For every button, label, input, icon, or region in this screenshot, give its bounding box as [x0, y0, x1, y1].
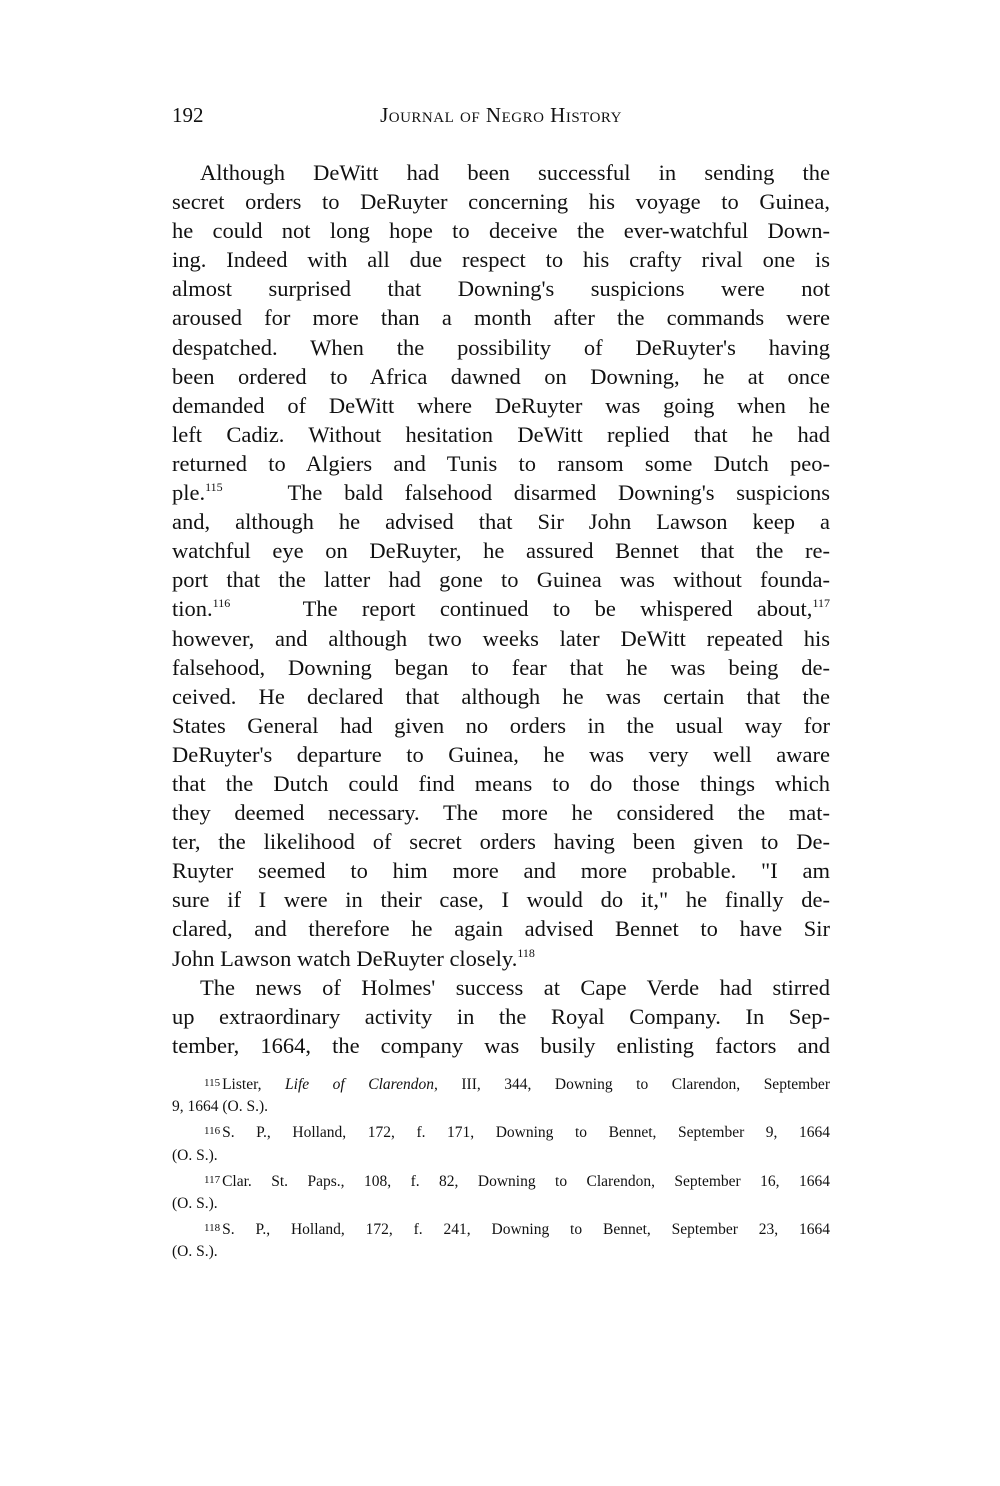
footnote-117-line-1: 117Clar. St. Paps., 108, f. 82, Downing …	[172, 1168, 830, 1192]
footnote-number: 115	[204, 1077, 220, 1089]
text-line: been ordered to Africa dawned on Downing…	[172, 362, 830, 391]
text-line: tion.116 The report continued to be whis…	[172, 594, 830, 623]
text-line: sure if I were in their case, I would do…	[172, 885, 830, 914]
text-line: that the Dutch could find means to do th…	[172, 769, 830, 798]
text-segment: The report continued to be whispered abo…	[303, 596, 813, 621]
footnote-text: S. P., Holland, 172, f. 171, Downing to …	[222, 1124, 830, 1141]
text-line: clared, and therefore he again advised B…	[172, 914, 830, 943]
text-line: ceived. He declared that although he was…	[172, 682, 830, 711]
text-line: despatched. When the possibility of DeRu…	[172, 333, 830, 362]
text-segment: ple.	[172, 480, 205, 505]
text-line: demanded of DeWitt where DeRuyter was go…	[172, 391, 830, 420]
text-line: John Lawson watch DeRuyter closely.118	[172, 944, 830, 973]
text-line: port that the latter had gone to Guinea …	[172, 565, 830, 594]
footnote-text: III, 344, Downing to Clarendon, Septembe…	[438, 1076, 830, 1093]
text-line: ing. Indeed with all due respect to his …	[172, 245, 830, 274]
text-line: and, although he advised that Sir John L…	[172, 507, 830, 536]
footnote-118-line-2: (O. S.).	[172, 1240, 830, 1264]
text-line: Although DeWitt had been successful in s…	[172, 158, 830, 187]
body-text: Although DeWitt had been successful in s…	[172, 158, 830, 1060]
text-line: almost surprised that Downing's suspicio…	[172, 274, 830, 303]
text-line: DeRuyter's departure to Guinea, he was v…	[172, 740, 830, 769]
footnote-number: 116	[204, 1125, 220, 1137]
text-line: they deemed necessary. The more he consi…	[172, 798, 830, 827]
footnote-ref-118[interactable]: 118	[517, 946, 535, 960]
text-line: Ruyter seemed to him more and more proba…	[172, 856, 830, 885]
text-segment: John Lawson watch DeRuyter closely.	[172, 946, 517, 971]
footnote-117-line-2: (O. S.).	[172, 1192, 830, 1216]
footnote-115-line-1: 115Lister, Life of Clarendon, III, 344, …	[172, 1071, 830, 1095]
footnote-text: Clar. St. Paps., 108, f. 82, Downing to …	[222, 1173, 830, 1190]
footnote-ref-117[interactable]: 117	[812, 596, 830, 610]
footnotes: 115Lister, Life of Clarendon, III, 344, …	[172, 1071, 830, 1265]
text-line: returned to Algiers and Tunis to ransom …	[172, 449, 830, 478]
text-line: The news of Holmes' success at Cape Verd…	[172, 973, 830, 1002]
footnote-ref-116[interactable]: 116	[213, 596, 231, 610]
running-head: 192 Journal of Negro History	[172, 103, 830, 133]
footnote-number: 118	[204, 1222, 220, 1234]
footnote-118-line-1: 118S. P., Holland, 172, f. 241, Downing …	[172, 1216, 830, 1240]
footnote-number: 117	[204, 1174, 220, 1186]
text-line: States General had given no orders in th…	[172, 711, 830, 740]
footnote-title: Life of Clarendon,	[285, 1076, 438, 1093]
text-line: left Cadiz. Without hesitation DeWitt re…	[172, 420, 830, 449]
text-line: watchful eye on DeRuyter, he assured Ben…	[172, 536, 830, 565]
text-line: aroused for more than a month after the …	[172, 303, 830, 332]
footnote-116-line-2: (O. S.).	[172, 1144, 830, 1168]
text-segment: tion.	[172, 596, 213, 621]
footnote-text: Lister,	[222, 1076, 285, 1093]
text-line: falsehood, Downing began to fear that he…	[172, 653, 830, 682]
journal-title: Journal of Negro History	[172, 103, 830, 128]
footnote-text: S. P., Holland, 172, f. 241, Downing to …	[222, 1221, 830, 1238]
footnote-115-line-2: 9, 1664 (O. S.).	[172, 1095, 830, 1119]
text-line: secret orders to DeRuyter concerning his…	[172, 187, 830, 216]
footnote-116-line-1: 116S. P., Holland, 172, f. 171, Downing …	[172, 1119, 830, 1143]
text-line: ple.115 The bald falsehood disarmed Down…	[172, 478, 830, 507]
text-line: he could not long hope to deceive the ev…	[172, 216, 830, 245]
footnote-ref-115[interactable]: 115	[205, 480, 223, 494]
text-segment: The bald falsehood disarmed Downing's su…	[287, 480, 830, 505]
text-line: up extraordinary activity in the Royal C…	[172, 1002, 830, 1031]
text-line: ter, the likelihood of secret orders hav…	[172, 827, 830, 856]
text-line: tember, 1664, the company was busily enl…	[172, 1031, 830, 1060]
text-line: however, and although two weeks later De…	[172, 624, 830, 653]
